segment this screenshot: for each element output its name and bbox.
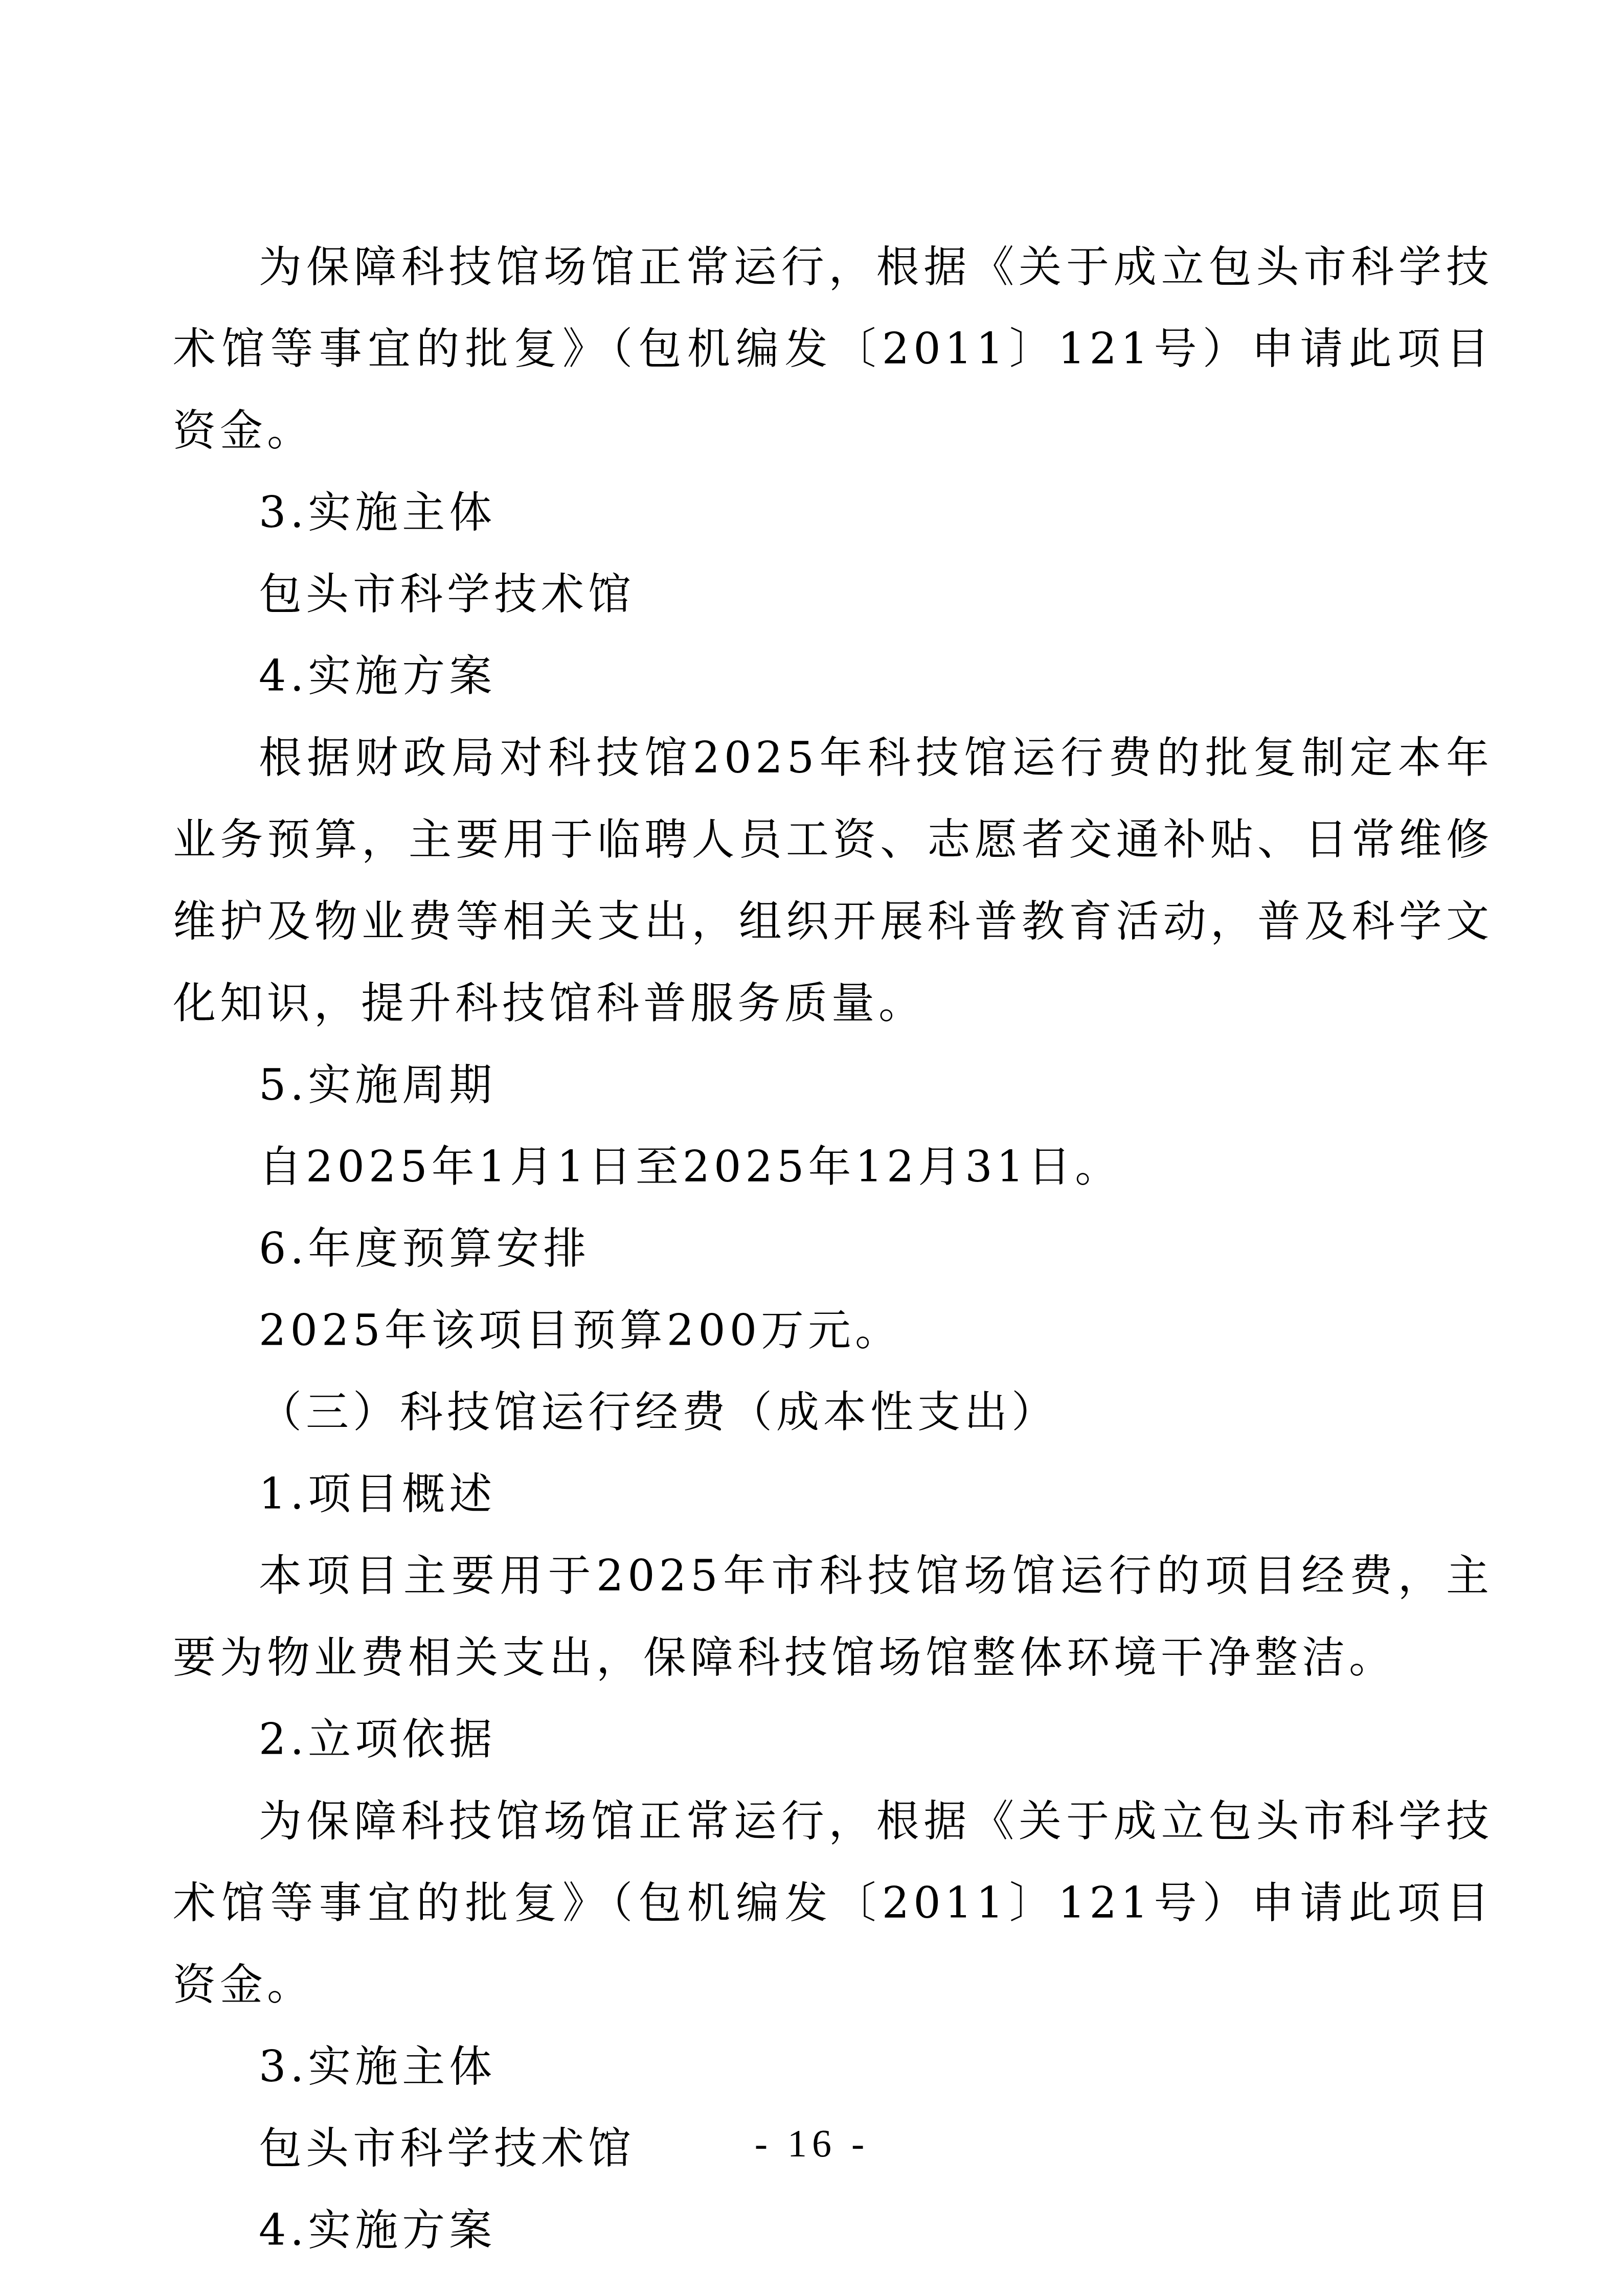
paragraph-period: 自2025年1月1日至2025年12月31日。 xyxy=(173,1126,1493,1208)
paragraph-plan-1: 根据财政局对科技馆2025年科技馆运行费的批复制定本年业务预算，主要用于临聘人员… xyxy=(173,717,1493,1044)
heading-implementer-1: 3.实施主体 xyxy=(173,471,1493,553)
paragraph-basis-2: 为保障科技馆场馆正常运行，根据《关于成立包头市科学技术馆等事宜的批复》（包机编发… xyxy=(173,1780,1493,2026)
paragraph-overview: 本项目主要用于2025年市科技馆场馆运行的项目经费，主要为物业费相关支出，保障科… xyxy=(173,1535,1493,1698)
heading-overview: 1.项目概述 xyxy=(173,1453,1493,1535)
document-page: 为保障科技馆场馆正常运行，根据《关于成立包头市科学技术馆等事宜的批复》（包机编发… xyxy=(0,0,1624,2296)
paragraph-implementer-1: 包头市科学技术馆 xyxy=(173,553,1493,635)
document-body: 为保障科技馆场馆正常运行，根据《关于成立包头市科学技术馆等事宜的批复》（包机编发… xyxy=(173,226,1493,2271)
heading-budget: 6.年度预算安排 xyxy=(173,1208,1493,1289)
heading-period: 5.实施周期 xyxy=(173,1044,1493,1126)
heading-plan-1: 4.实施方案 xyxy=(173,635,1493,717)
heading-implementer-2: 3.实施主体 xyxy=(173,2026,1493,2107)
section-heading-3: （三）科技馆运行经费（成本性支出） xyxy=(173,1371,1493,1453)
page-number: - 16 - xyxy=(0,2122,1624,2166)
heading-plan-2: 4.实施方案 xyxy=(173,2189,1493,2271)
heading-basis-2: 2.立项依据 xyxy=(173,1698,1493,1780)
paragraph-basis-1: 为保障科技馆场馆正常运行，根据《关于成立包头市科学技术馆等事宜的批复》（包机编发… xyxy=(173,226,1493,471)
paragraph-budget: 2025年该项目预算200万元。 xyxy=(173,1289,1493,1371)
